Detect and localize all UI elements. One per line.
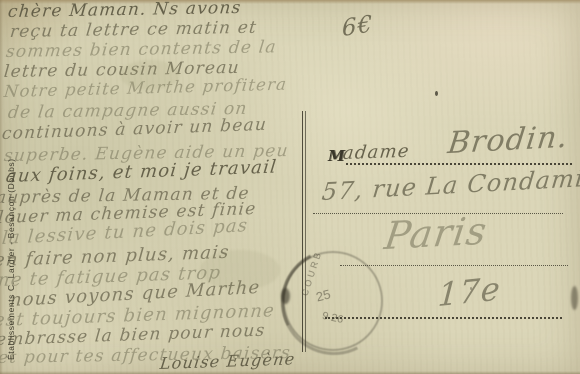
address-rule-1 — [346, 163, 572, 165]
price-mark: 6€ — [342, 11, 374, 42]
paper-speck — [470, 287, 472, 290]
paper-speck — [435, 91, 438, 96]
address-street: 57, rue La Condamine — [321, 162, 580, 206]
address-arrondissement: 17e — [437, 269, 503, 314]
address-name: Brodin. — [446, 120, 571, 162]
postcard-back: chère Maman. Ns avons reçu ta lettre ce … — [0, 0, 580, 374]
address-rule-3 — [340, 265, 568, 266]
ink-smudge — [281, 288, 290, 304]
signature: Louise Eugène — [159, 349, 297, 373]
paper-stain — [120, 60, 180, 90]
paper-stain — [200, 250, 280, 290]
publisher-imprint: Établissements C. Lardier - Besançon (Do… — [6, 110, 16, 360]
address-salutation: adame — [342, 141, 411, 164]
address-city: Paris — [382, 208, 490, 258]
edge-smudge — [571, 286, 578, 310]
